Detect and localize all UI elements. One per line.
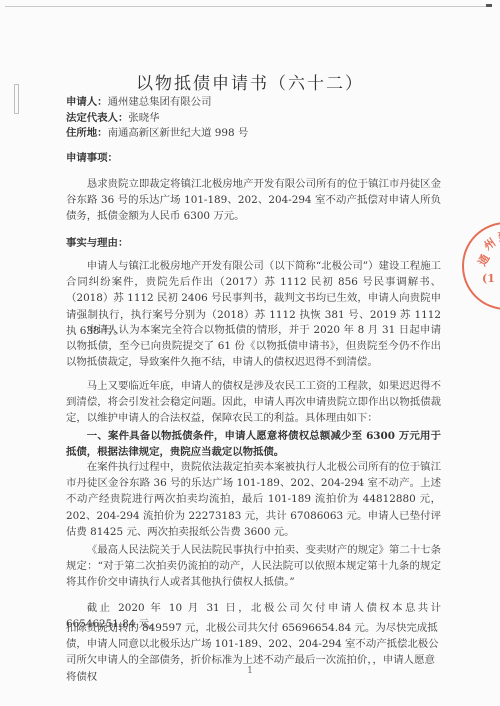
document-title: 以物抵债申请书（六十二） [0,69,500,94]
applicant-info: 申请人：通州建总集团有限公司 法定代表人：张晓华 住所地：南通高新区新世纪大道 … [66,95,441,142]
company-seal-stamp: 通 州 建 (1 [462,222,500,310]
facts-paragraph-2: 申请人认为本案完全符合以物抵债的情形，并于 2020 年 8 月 31 日起申请… [66,322,441,371]
scan-mark [486,4,492,7]
facts-paragraph-6: 《最高人民法院关于人民法院民事执行中拍卖、变卖财产的规定》第二十七条规定：“对于… [66,542,441,591]
scan-top-edge [5,6,492,7]
reason-one-heading: 一、案件具备以物抵债条件，申请人愿意将债权总额减少至 6300 万元用于抵债，根… [66,428,441,460]
request-heading: 申请事项： [66,150,441,166]
request-paragraph: 恳求贵院立即裁定将镇江北极房地产开发有限公司所有的位于镇江市丹徒区金谷东路 36… [66,176,441,225]
address-line: 住所地：南通高新区新世纪大道 998 号 [66,126,441,142]
page-number: 1 [0,666,500,676]
legal-rep-line: 法定代表人：张晓华 [66,111,441,127]
facts-heading: 事实与理由： [66,235,441,251]
facts-paragraph-3: 马上又要临近年底，申请人的债权是涉及农民工工资的工程款，如果迟迟得不到清偿，将会… [66,378,441,427]
applicant-line: 申请人：通州建总集团有限公司 [66,95,441,111]
facts-paragraph-5: 在案件执行过程中，贵院依法裁定拍卖本案被执行人北极公司所有的位于镇江市丹徒区金谷… [66,459,441,540]
